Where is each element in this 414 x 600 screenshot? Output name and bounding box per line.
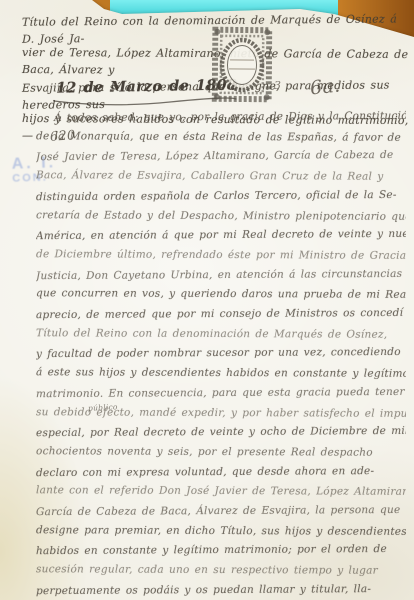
- manuscript-photo: Título del Reino con la denominación de …: [0, 0, 414, 600]
- manuscript-line: habidos en constante y legítimo matrimon…: [36, 540, 406, 562]
- manuscript-line: Justicia, Don Cayetano Urbina, en atenci…: [36, 264, 406, 286]
- manuscript-line: matrimonio. En consecuencia, para que es…: [36, 383, 406, 405]
- manuscript-line: perpetuamente os podáis y os puedan llam…: [36, 580, 406, 600]
- manuscript-line: y facultad de poder nombrar sucesor por …: [36, 343, 406, 365]
- interlinear-note: público: [88, 402, 118, 413]
- manuscript-line: ochocientos noventa y seis, por el prese…: [36, 442, 406, 463]
- manuscript-line: declaro con mi expresa voluntad, que des…: [36, 462, 406, 484]
- manuscript-line: especial, por Real decreto de veinte y o…: [36, 422, 406, 444]
- manuscript-line: aprecio, de merced que por mi consejo de…: [36, 304, 406, 326]
- manuscript-line: Título del Reino con la denominación de …: [36, 324, 406, 345]
- manuscript-line: á este sus hijos y descendientes habidos…: [36, 363, 406, 384]
- manuscript-line: García de Cabeza de Baca, Álvarez de Esv…: [36, 501, 406, 523]
- folio-mark: 6a.: [309, 74, 341, 99]
- manuscript-line: cretaría de Estado y del Despacho, Minis…: [36, 206, 406, 227]
- body-paragraph: Á todos sabed: que yo, por la gracia de …: [36, 108, 406, 600]
- manuscript-line: que concurren en vos, y queriendo daros …: [36, 285, 406, 306]
- manuscript-line: José Javier de Teresa, López Altamirano,…: [36, 146, 406, 168]
- seal-side-mark: 3: [274, 79, 281, 92]
- manuscript-line: Baca, Álvarez de Esvajira, Caballero Gra…: [36, 166, 406, 187]
- ornate-revenue-seal-icon: [212, 26, 273, 105]
- manuscript-line: de la Monarquía, que en ésta Reina de la…: [36, 127, 406, 148]
- manuscript-line: lante con el referido Don José Javier de…: [36, 482, 406, 503]
- manuscript-line: Á todos sabed: que yo, por la gracia de …: [36, 107, 406, 129]
- manuscript-line: sucesión regular, cada uno en su respect…: [36, 560, 406, 581]
- manuscript-line: distinguida orden española de Carlos Ter…: [36, 186, 406, 208]
- manuscript-line: América, en atención á que por mi Real d…: [36, 225, 406, 247]
- manuscript-line: designe para premiar, en dicho Título, s…: [36, 521, 406, 542]
- manuscript-line: de Diciembre último, refrendado éste por…: [36, 245, 406, 266]
